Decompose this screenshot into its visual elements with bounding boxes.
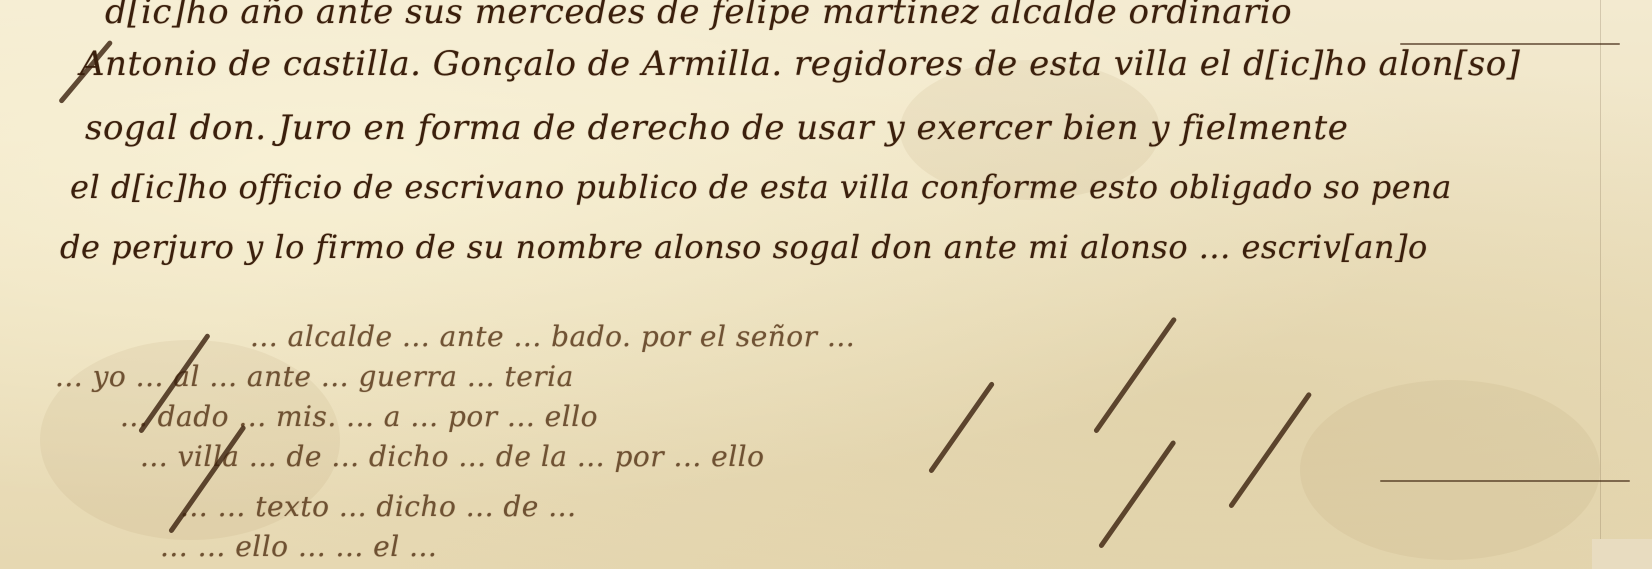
flourish-stroke: [1228, 391, 1312, 509]
manuscript-line-11: ... ... texto ... dicho ... de ...: [180, 490, 576, 523]
page-edge: [1600, 0, 1601, 569]
scan-corner: [1592, 539, 1652, 569]
manuscript-line-7: ... alcalde ... ante ... bado. por el se…: [250, 320, 855, 353]
flourish-stroke: [1098, 440, 1177, 549]
manuscript-line-9: ... dado ... mis. ... a ... por ... ello: [120, 400, 598, 433]
underline-stroke: [1400, 43, 1620, 45]
manuscript-line-4: el d[ic]ho officio de escrivano publico …: [70, 168, 1452, 206]
manuscript-line-3: sogal don. Juro en forma de derecho de u…: [85, 108, 1348, 148]
manuscript-page: d[ic]ho año ante sus mercedes de felipe …: [0, 0, 1652, 569]
manuscript-line-8: ... yo ... al ... ante ... guerra ... te…: [55, 360, 574, 393]
flourish-stroke: [1093, 316, 1177, 434]
paper-stain: [1300, 380, 1600, 560]
manuscript-line-1: d[ic]ho año ante sus mercedes de felipe …: [105, 0, 1292, 32]
manuscript-line-2: Antonio de castilla. Gonçalo de Armilla.…: [80, 44, 1520, 84]
manuscript-line-12: ... ... ello ... ... el ...: [160, 530, 437, 563]
underline-stroke: [1380, 480, 1630, 482]
flourish-stroke: [928, 381, 995, 474]
manuscript-line-5: de perjuro y lo firmo de su nombre alons…: [60, 228, 1428, 266]
